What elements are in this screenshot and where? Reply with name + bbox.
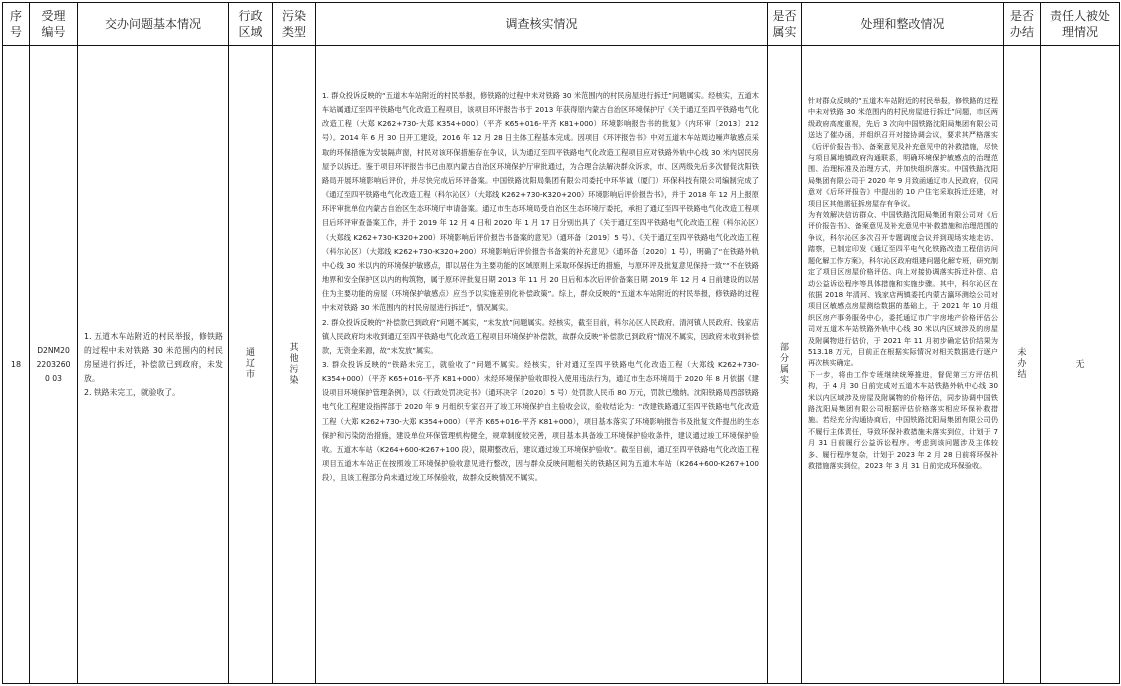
header-verified: 是否属实 — [768, 3, 802, 46]
header-investigation: 调查核实情况 — [316, 3, 768, 46]
handling-item-2: 为有效解决信访群众、中国铁路沈阳局集团有限公司对《后评价报告书》、备案意见及补充… — [808, 209, 998, 369]
cell-verified: 部分属实 — [768, 46, 802, 684]
header-accountability: 责任人被处理情况 — [1041, 3, 1120, 46]
supervision-case-table: 序号 受理编号 交办问题基本情况 行政区域 污染类型 调查核实情况 是否属实 处… — [2, 2, 1120, 684]
investigation-item-3: 3. 群众投诉反映的“铁路未完工，就验收了”问题不属实。经核实，针对通辽至四平铁… — [322, 358, 759, 485]
cell-handling: 针对群众反映的“五道木车站附近的村民举报，修铁路的过程中未对铁路 30 米范围内… — [802, 46, 1004, 684]
cell-accountability: 无 — [1041, 46, 1120, 684]
header-handling: 处理和整改情况 — [802, 3, 1004, 46]
header-row: 序号 受理编号 交办问题基本情况 行政区域 污染类型 调查核实情况 是否属实 处… — [3, 3, 1120, 46]
header-closed: 是否办结 — [1004, 3, 1041, 46]
table-row: 18 D2NM2022032600 03 1. 五道木车站附近的村民举报，修铁路… — [3, 46, 1120, 684]
header-index: 序号 — [3, 3, 30, 46]
header-case-no: 受理编号 — [30, 3, 78, 46]
investigation-item-1: 1. 群众投诉反映的“五道木车站附近的村民举报，修铁路的过程中未对铁路 30 米… — [322, 89, 759, 316]
issue-item-2: 2. 铁路未完工，就验收了。 — [84, 386, 223, 400]
cell-issue: 1. 五道木车站附近的村民举报，修铁路的过程中未对铁路 30 米范围内的村民房屋… — [78, 46, 229, 684]
cell-investigation: 1. 群众投诉反映的“五道木车站附近的村民举报，修铁路的过程中未对铁路 30 米… — [316, 46, 768, 684]
cell-pollution-type: 其他污染 — [273, 46, 316, 684]
header-pollution-type: 污染类型 — [273, 3, 316, 46]
handling-item-3: 下一步，将由工作专班继续统筹推进，督促第三方评估机构，于 4 月 30 日前完成… — [808, 369, 998, 472]
handling-item-1: 针对群众反映的“五道木车站附近的村民举报，修铁路的过程中未对铁路 30 米范围内… — [808, 95, 998, 209]
header-issue: 交办问题基本情况 — [78, 3, 229, 46]
header-region: 行政区域 — [229, 3, 273, 46]
investigation-item-2: 2. 群众投诉反映的“补偿款已到政府”问题不属实，“未发放”问题属实。经核实，截… — [322, 316, 759, 358]
cell-index: 18 — [3, 46, 30, 684]
issue-item-1: 1. 五道木车站附近的村民举报，修铁路的过程中未对铁路 30 米范围内的村民房屋… — [84, 330, 223, 386]
cell-region: 通辽市 — [229, 46, 273, 684]
cell-case-no: D2NM2022032600 03 — [30, 46, 78, 684]
cell-closed: 未办结 — [1004, 46, 1041, 684]
